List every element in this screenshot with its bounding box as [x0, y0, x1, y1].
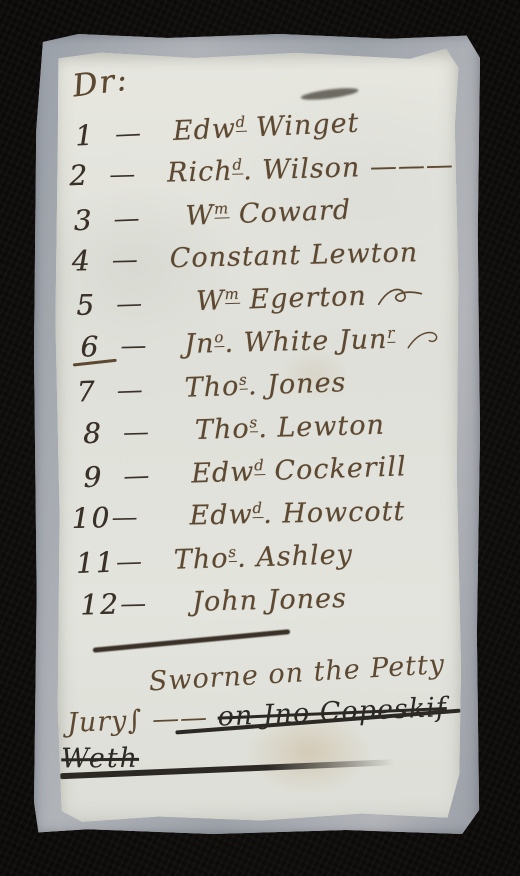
- name-part: Edw: [191, 456, 255, 489]
- entry-name: Constant Lewton: [169, 237, 418, 274]
- name-part: W: [185, 200, 215, 232]
- entry-dash: —: [116, 288, 143, 319]
- manuscript-paper: Dr: 1 — Edwd Winget 2 — Richd. Wilson ——…: [52, 49, 463, 824]
- name-part: Edw: [189, 499, 253, 531]
- entry-number: 1: [74, 118, 115, 153]
- entry-number: 3: [73, 203, 114, 238]
- entry-dash: —: [123, 417, 150, 448]
- jury-list: 1 — Edwd Winget 2 — Richd. Wilson ——— 3 …: [67, 105, 455, 624]
- entry-dash: —: [113, 203, 140, 234]
- entry-number: 5: [76, 288, 117, 322]
- entry-name: Thos. Jones: [184, 367, 347, 404]
- entry-dash: —: [120, 330, 147, 361]
- entry-dash: —: [116, 375, 143, 406]
- separator-stroke: [93, 629, 291, 653]
- entry-name: Jno. White Junr: [184, 323, 446, 360]
- name-part: Constant Lewton: [169, 237, 418, 274]
- entry-number: 10: [71, 501, 112, 535]
- entry-name: John Jones: [192, 583, 347, 618]
- name-superscript: m: [224, 285, 240, 304]
- name-superscript: d: [232, 155, 243, 174]
- entry-name: Edwd Cockerill: [191, 451, 407, 489]
- entry-number: 12: [80, 588, 121, 622]
- name-superscript: o: [214, 328, 224, 347]
- header-docket: Dr:: [70, 62, 130, 105]
- entry-dash: —: [115, 546, 142, 577]
- name-part: Jn: [184, 328, 215, 360]
- name-part: Tho: [173, 543, 229, 576]
- entry-dash: —: [114, 118, 141, 149]
- flourish-mark: [376, 283, 423, 308]
- entry-number: 7: [76, 374, 117, 408]
- entry-number: 11: [75, 546, 116, 580]
- name-part: Tho: [195, 413, 251, 446]
- name-part: . White Jun: [224, 324, 388, 359]
- name-superscript: m: [214, 199, 230, 219]
- entry-name: Edwd Winget: [172, 108, 360, 147]
- name-superscript: d: [252, 499, 263, 518]
- name-part: Cockerill: [264, 451, 407, 487]
- name-part: . Ashley: [237, 539, 354, 574]
- entry-dash: —: [109, 159, 136, 190]
- name-part: Egerton: [239, 281, 367, 316]
- name-part: John Jones: [192, 583, 347, 618]
- name-superscript: r: [387, 324, 396, 343]
- name-part: Winget: [246, 108, 360, 144]
- entry-dash: —: [111, 502, 138, 533]
- entry-name: Thos. Ashley: [173, 539, 353, 576]
- entry-name: Richd. Wilson ———: [167, 150, 455, 189]
- entry-name: Wm Coward: [185, 195, 352, 232]
- entry-name: Wm Egerton: [196, 279, 424, 317]
- name-part: Tho: [184, 371, 240, 404]
- entry-dash: —: [111, 245, 138, 276]
- name-part: W: [196, 285, 226, 317]
- entry-number: 9: [83, 460, 124, 494]
- name-part: . Lewton: [258, 410, 386, 445]
- entry-name: Edwd. Howcott: [189, 496, 405, 532]
- name-part: . Howcott: [263, 496, 406, 530]
- name-part: . Wilson ———: [243, 150, 455, 187]
- name-part: Coward: [229, 195, 352, 231]
- entry-number: 4: [71, 244, 112, 278]
- flourish-mark: [405, 326, 446, 353]
- name-part: . Jones: [247, 367, 346, 401]
- sworn-note: Sworne on the Petty: [148, 649, 446, 698]
- entry-number: 8: [83, 416, 124, 450]
- entry-dash: —: [120, 588, 147, 619]
- jury-word: Jury∫: [66, 705, 143, 739]
- entry-number: 2: [69, 158, 110, 192]
- list-entry: 12 — John Jones: [80, 574, 455, 626]
- entry-number: 6: [80, 330, 121, 364]
- ink-smudge: [300, 86, 359, 102]
- name-superscript: d: [254, 456, 265, 475]
- entry-name: Thos. Lewton: [195, 410, 386, 446]
- entry-dash: —: [123, 460, 150, 491]
- name-part: Edw: [172, 113, 236, 147]
- name-part: Rich: [167, 156, 233, 189]
